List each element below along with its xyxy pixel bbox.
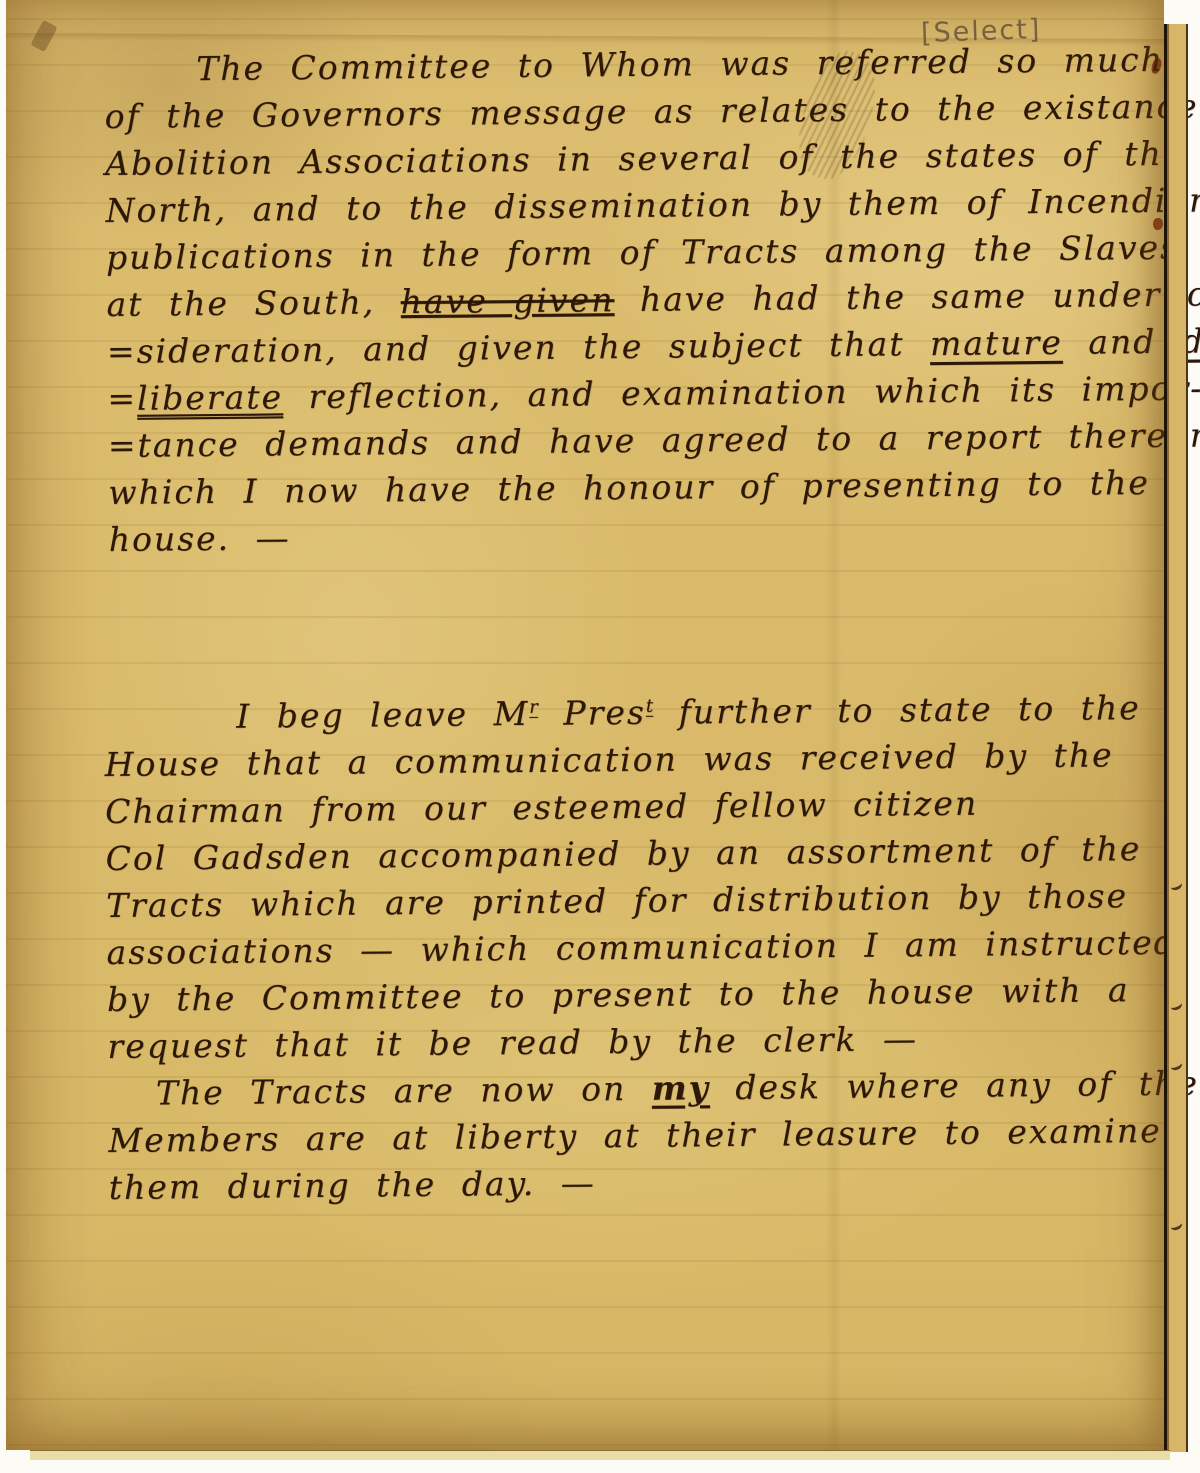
handwritten-text: North, and to the dissemination by them … — [105, 180, 1200, 230]
handwritten-text: House that a communication was received … — [105, 735, 1114, 784]
handwritten-text: reflection, and examination which its im… — [283, 368, 1200, 416]
handwritten-text: further to state to the — [653, 688, 1141, 732]
paragraph-communication: I beg leave Mr Prest further to state to… — [104, 678, 1200, 1211]
underlined-text: liberate — [137, 377, 283, 417]
underlined-text: mature — [930, 323, 1063, 363]
handwritten-text: =sideration, and given the subject that — [107, 324, 930, 371]
handwritten-text: at the South, — [106, 282, 401, 324]
handwritten-text: Chairman from our esteemed fellow citize… — [105, 784, 978, 831]
under-page-edge — [1164, 24, 1188, 1452]
handwritten-text: them during the day. — — [109, 1163, 596, 1207]
handwritten-text: of the Governors message as relates to t… — [104, 86, 1200, 136]
handwritten-text: Pres — [538, 693, 646, 733]
bleed-through-mark — [1169, 998, 1184, 1012]
handwritten-text: Tracts which are printed for distributio… — [106, 876, 1128, 925]
handwritten-text: request that it be read by the clerk — — [107, 1019, 918, 1066]
handwritten-text: Abolition Associations in several of the… — [105, 134, 1185, 183]
handwritten-text: have had the same under con= — [614, 274, 1200, 319]
superscript-text: r — [529, 697, 538, 718]
handwritten-text: publications in the form of Tracts among… — [106, 228, 1179, 277]
handwritten-text: house. — — [109, 518, 291, 559]
scan-background: [Select] The Committee to Whom was refer… — [0, 0, 1200, 1473]
handwritten-text: Members are at liberty at their leasure … — [108, 1111, 1162, 1160]
manuscript-line: I beg leave Mr Prest further to state to… — [236, 678, 1195, 740]
handwritten-text: which I now have the honour of presentin… — [108, 463, 1150, 512]
handwritten-text: by the Committee to present to the house… — [107, 970, 1130, 1019]
handwritten-text: = — [107, 379, 137, 418]
handwritten-text: The Tracts are now on — [156, 1069, 652, 1113]
bleed-through-mark — [1169, 878, 1184, 892]
manuscript-page: [Select] The Committee to Whom was refer… — [6, 0, 1164, 1450]
underlined-text: my — [652, 1068, 710, 1108]
handwritten-text: Col Gadsden accompanied by an assortment… — [105, 829, 1141, 878]
handwritten-text: The Committee to Whom was referred so mu… — [196, 40, 1177, 88]
handwritten-text: I beg leave M — [236, 694, 529, 736]
handwritten-text: =tance demands and have agreed to a repo… — [108, 415, 1200, 465]
bleed-through-mark — [1169, 1218, 1184, 1232]
bottom-page-edge — [30, 1450, 1170, 1460]
struck-out-text: have given — [400, 280, 614, 321]
handwritten-text: desk where any of the — [710, 1064, 1199, 1108]
paragraph-report-intro: The Committee to Whom was referred so mu… — [104, 35, 1200, 563]
bleed-through-mark — [1169, 1058, 1184, 1072]
handwritten-text: associations — which communication I am … — [106, 923, 1177, 972]
